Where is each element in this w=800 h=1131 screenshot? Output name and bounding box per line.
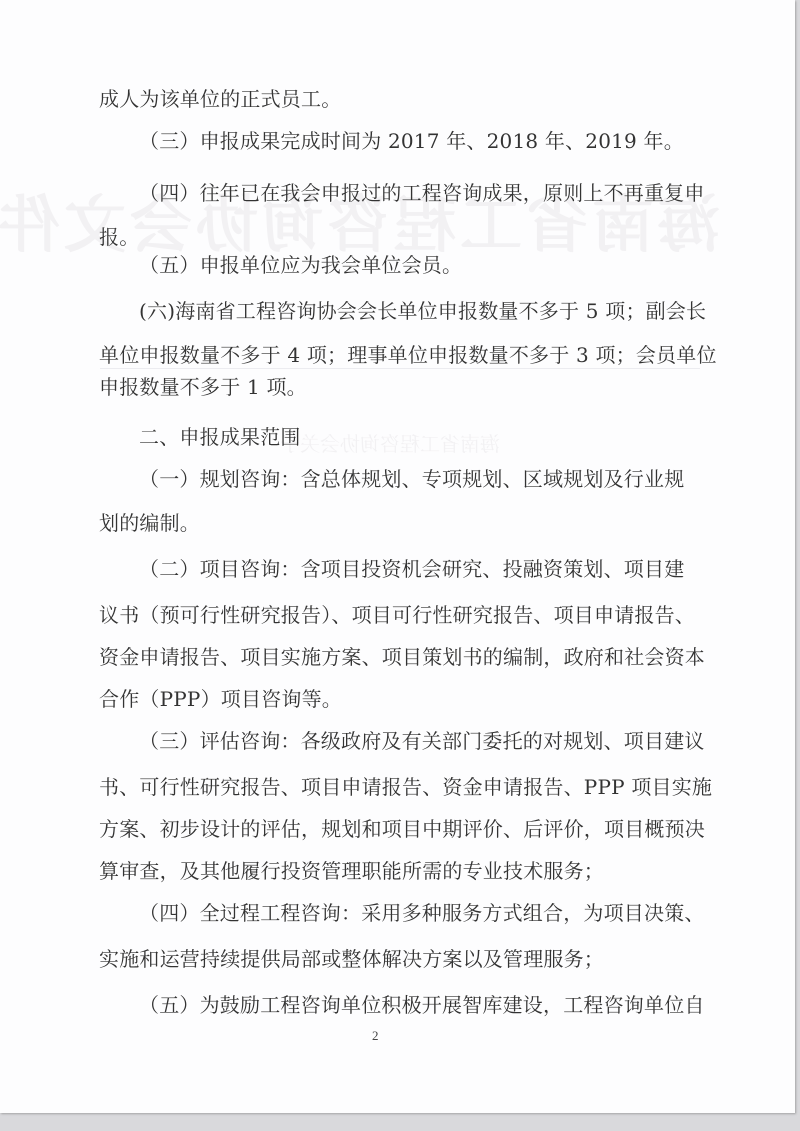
paragraph-line: （一）规划咨询：含总体规划、专项规划、区域规划及行业规 <box>139 465 684 493</box>
bleed-through-subtitle: 海南省工程咨询协会关于 <box>280 428 500 457</box>
paragraph-line: （五）申报单位应为我会单位会员。 <box>139 251 462 279</box>
paragraph-line: 二、申报成果范围 <box>139 423 301 451</box>
paragraph-line: 单位申报数量不多于 4 项；理事单位申报数量不多于 3 项；会员单位 <box>99 341 717 369</box>
paragraph-line: 议书（预可行性研究报告）、项目可行性研究报告、项目申请报告、 <box>99 601 695 629</box>
paragraph-line: 资金申请报告、项目实施方案、项目策划书的编制，政府和社会资本 <box>99 643 705 671</box>
paragraph-line: 划的编制。 <box>99 509 200 537</box>
paragraph-line: 成人为该单位的正式员工。 <box>99 85 341 113</box>
paragraph-line: （四）往年已在我会申报过的工程咨询成果，原则上不再重复申 <box>139 179 705 207</box>
paragraph-line: 书、可行性研究报告、项目申请报告、资金申请报告、PPP 项目实施 <box>99 773 712 801</box>
paragraph-line: (六)海南省工程咨询协会会长单位申报数量不多于 5 项；副会长 <box>139 297 706 325</box>
paragraph-line: 申报数量不多于 1 项。 <box>99 373 307 401</box>
paragraph-line: （三）评估咨询：各级政府及有关部门委托的对规划、项目建议 <box>139 727 705 755</box>
paragraph-line: 实施和运营持续提供局部或整体解决方案以及管理服务； <box>99 945 604 973</box>
document-page: 海南省工程咨询协会文件 海南省工程咨询协会关于 成人为该单位的正式员工。（三）申… <box>0 0 795 1113</box>
paragraph-line: 方案、初步设计的评估，规划和项目中期评价、后评价，项目概预决 <box>99 815 705 843</box>
paragraph-line: （五）为鼓励工程咨询单位积极开展智库建设，工程咨询单位自 <box>139 991 705 1019</box>
paragraph-line: （二）项目咨询：含项目投资机会研究、投融资策划、项目建 <box>139 555 684 583</box>
paragraph-line: （三）申报成果完成时间为 2017 年、2018 年、2019 年。 <box>139 127 684 155</box>
paragraph-line: （四）全过程工程咨询：采用多种服务方式组合，为项目决策、 <box>139 899 705 927</box>
paragraph-line: 合作（PPP）项目咨询等。 <box>99 685 342 713</box>
paragraph-line: 算审查，及其他履行投资管理职能所需的专业技术服务； <box>99 857 604 885</box>
paragraph-line: 报。 <box>99 223 139 251</box>
page-number: 2 <box>372 1028 379 1044</box>
